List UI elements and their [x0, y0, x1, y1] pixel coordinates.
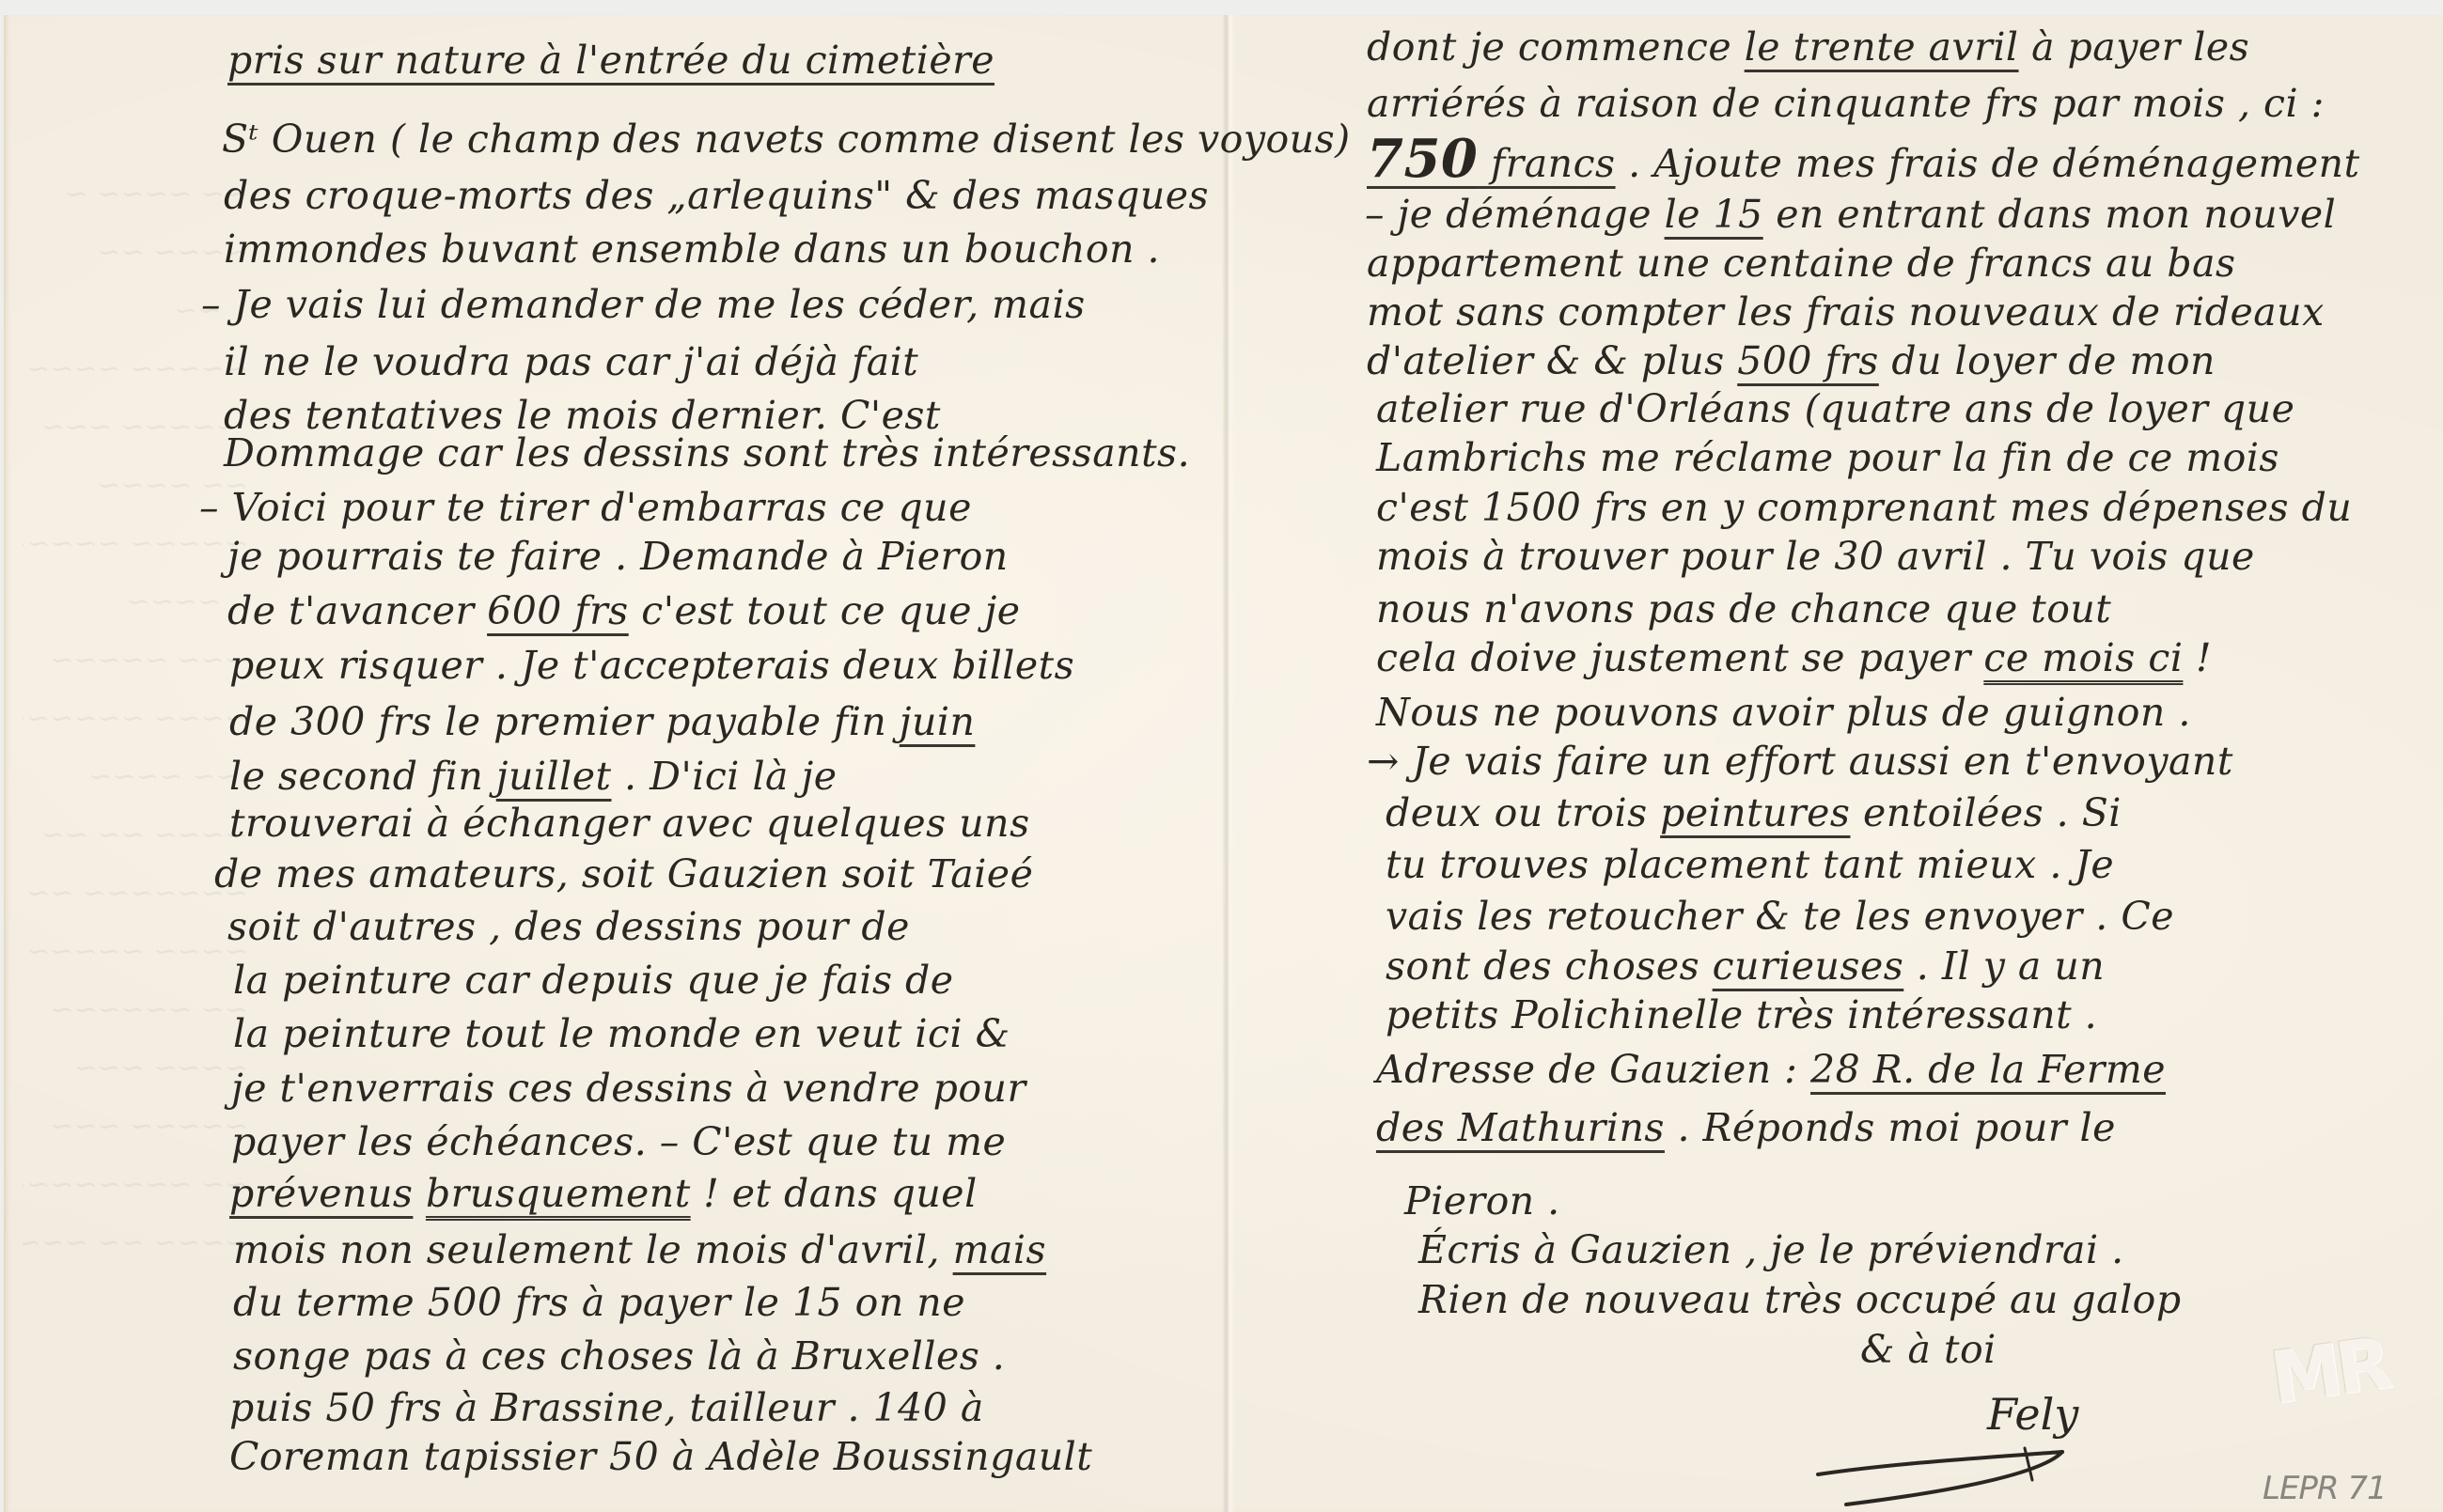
right-line-12: nous n'avons pas de chance que tout — [1376, 586, 2111, 631]
right-line-16: deux ou trois peintures entoilées . Si — [1386, 790, 2122, 835]
left-line-5: – Je vais lui demander de me les céder, … — [201, 282, 1086, 327]
left-line-13-juin: juin — [900, 699, 976, 744]
right-line-19-a: sont des choses — [1386, 943, 1713, 989]
left-line-13-a: de 300 frs le premier payable fin — [229, 699, 900, 744]
left-line-16: de mes amateurs, soit Gauzien soit Taieé — [214, 851, 1033, 896]
left-line-14: le second fin juillet . D'ici là je — [229, 754, 838, 799]
right-line-18: vais les retoucher & te les envoyer . Ce — [1386, 894, 2174, 939]
left-line-23-a: mois non seulement le mois d'avril, — [233, 1227, 953, 1272]
right-line-16-b: entoilées . Si — [1850, 790, 2121, 835]
left-line-10: je pourrais te faire . Demande à Pieron — [227, 534, 1009, 579]
left-line-22: prévenus brusquement ! et dans quel — [229, 1171, 978, 1216]
left-line-6: il ne le voudra pas car j'ai déjà fait — [224, 339, 918, 384]
left-line-8: Dommage car les dessins sont très intére… — [224, 430, 1190, 475]
left-line-23: mois non seulement le mois d'avril, mais — [233, 1227, 1046, 1272]
right-line-11: mois à trouver pour le 30 avril . Tu voi… — [1376, 534, 2255, 579]
left-line-22-prevenus: prévenus — [229, 1171, 413, 1216]
paper-sheet: ~~ ~~~~ ~ ~~~~ ~~ ~~ ~~~~~ ~~~~ ~~~~~ ~~… — [4, 15, 2443, 1512]
right-line-8: atelier rue d'Orléans (quatre ans de loy… — [1376, 386, 2294, 431]
right-line-22-b: . Réponds moi pour le — [1665, 1105, 2116, 1150]
right-line-1-a: dont je commence — [1367, 24, 1745, 70]
left-line-14-juillet: juillet — [496, 754, 612, 799]
right-line-16-a: deux ou trois — [1386, 790, 1660, 835]
left-line-22-b: ! et dans quel — [691, 1171, 978, 1216]
right-line-1-date: le trente avril — [1745, 24, 2019, 70]
signature-flourish-icon — [1809, 1411, 2091, 1512]
left-line-22-brusquement: brusquement — [426, 1171, 691, 1216]
right-line-16-peintures: peintures — [1660, 790, 1850, 835]
right-line-7-a: d'atelier & & plus — [1367, 338, 1737, 383]
left-line-24: du terme 500 frs à payer le 15 on ne — [233, 1280, 965, 1325]
right-line-5: appartement une centaine de francs au ba… — [1367, 241, 2236, 286]
right-line-1: dont je commence le trente avril à payer… — [1367, 24, 2249, 70]
right-line-4-b: en entrant dans mon nouvel — [1763, 192, 2337, 237]
left-line-3: des croque-morts des „arlequins" & des m… — [224, 173, 1209, 218]
left-line-22-sp — [413, 1171, 426, 1216]
left-line-11: de t'avancer 600 frs c'est tout ce que j… — [227, 588, 1021, 633]
center-fold — [1222, 15, 1235, 1512]
left-line-11-b: c'est tout ce que je — [629, 588, 1021, 633]
right-line-2: arriérés à raison de cinquante frs par m… — [1367, 81, 2325, 126]
left-line-18: la peinture car depuis que je fais de — [233, 958, 954, 1003]
left-line-17: soit d'autres , des dessins pour de — [227, 904, 910, 949]
right-line-26: & à toi — [1860, 1327, 1997, 1372]
right-line-7-amount: 500 frs — [1737, 338, 1879, 383]
left-line-4: immondes buvant ensemble dans un bouchon… — [224, 226, 1160, 272]
right-line-4-a: – je déménage — [1365, 192, 1665, 237]
left-line-13: de 300 frs le premier payable fin juin — [229, 699, 975, 744]
right-line-19-curieuses: curieuses — [1713, 943, 1904, 989]
right-line-20: petits Polichinelle très intéressant . — [1386, 992, 2097, 1037]
right-line-13-b: ! — [2183, 635, 2212, 680]
left-line-15: trouverai à échanger avec quelques uns — [229, 801, 1030, 846]
right-line-9: Lambrichs me réclame pour la fin de ce m… — [1376, 435, 2279, 480]
right-line-23: Pieron . — [1404, 1178, 1560, 1224]
left-line-19: la peinture tout le monde en veut ici & — [233, 1011, 1010, 1056]
right-line-3: 750 francs . Ajoute mes frais de déménag… — [1367, 128, 2360, 190]
right-line-14: Nous ne pouvons avoir plus de guignon . — [1376, 690, 2191, 735]
right-line-21-address: 28 R. de la Ferme — [1810, 1047, 2166, 1092]
right-line-25: Rien de nouveau très occupé au galop — [1418, 1277, 2182, 1322]
left-line-1-text: pris sur nature à l'entrée du cimetière — [227, 38, 994, 83]
right-line-3-amount: 750 francs — [1367, 141, 1616, 186]
right-line-6: mot sans compter les frais nouveaux de r… — [1367, 289, 2325, 335]
right-line-19: sont des choses curieuses . Il y a un — [1386, 943, 2105, 989]
left-line-25: songe pas à ces choses là à Bruxelles . — [233, 1333, 1005, 1379]
left-line-1: pris sur nature à l'entrée du cimetière — [227, 38, 994, 83]
left-line-14-b: . D'ici là je — [611, 754, 837, 799]
right-line-22-street: des Mathurins — [1376, 1105, 1665, 1150]
right-line-7-b: du loyer de mon — [1879, 338, 2216, 383]
left-line-11-amount: 600 frs — [487, 588, 629, 633]
left-line-14-a: le second fin — [229, 754, 496, 799]
right-line-10: c'est 1500 frs en y comprenant mes dépen… — [1376, 485, 2352, 530]
left-line-27: Coreman tapissier 50 à Adèle Boussingaul… — [229, 1434, 1092, 1479]
right-line-24: Écris à Gauzien , je le préviendrai . — [1418, 1227, 2124, 1272]
right-line-1-b: à payer les — [2019, 24, 2250, 70]
right-line-13-emph: ce mois ci — [1983, 635, 2183, 680]
right-line-21: Adresse de Gauzien : 28 R. de la Ferme — [1376, 1047, 2166, 1092]
embossed-stamp: MR — [2265, 1321, 2390, 1420]
left-line-21: payer les échéances. – C'est que tu me — [231, 1119, 1006, 1164]
right-line-3-number: 750 — [1367, 128, 1478, 190]
right-line-4: – je déménage le 15 en entrant dans mon … — [1365, 192, 2336, 237]
left-line-11-a: de t'avancer — [227, 588, 487, 633]
right-line-3-b: . Ajoute mes frais de déménagement — [1616, 141, 2360, 186]
left-line-20: je t'enverrais ces dessins à vendre pour — [231, 1066, 1026, 1111]
right-line-19-b: . Il y a un — [1903, 943, 2105, 989]
right-line-21-a: Adresse de Gauzien : — [1376, 1047, 1810, 1092]
right-line-7: d'atelier & & plus 500 frs du loyer de m… — [1367, 338, 2216, 383]
right-line-15: → Je vais faire un effort aussi en t'env… — [1367, 739, 2233, 784]
left-line-23-mais: mais — [953, 1227, 1046, 1272]
right-page: dont je commence le trente avril à payer… — [1235, 15, 2443, 1512]
right-line-13-a: cela doive justement se payer — [1376, 635, 1983, 680]
left-line-12: peux risquer . Je t'accepterais deux bil… — [229, 643, 1074, 688]
left-page: pris sur nature à l'entrée du cimetière … — [4, 15, 1222, 1512]
right-line-13: cela doive justement se payer ce mois ci… — [1376, 635, 2212, 680]
scanned-letter: ~~ ~~~~ ~ ~~~~ ~~ ~~ ~~~~~ ~~~~ ~~~~~ ~~… — [0, 0, 2443, 1512]
right-line-4-date: le 15 — [1665, 192, 1763, 237]
pencil-annotation: LEPR 71 — [2263, 1470, 2387, 1507]
right-line-22: des Mathurins . Réponds moi pour le — [1376, 1105, 2116, 1150]
right-line-17: tu trouves placement tant mieux . Je — [1386, 842, 2114, 887]
left-line-26: puis 50 frs à Brassine, tailleur . 140 à — [229, 1385, 984, 1430]
left-line-9: – Voici pour te tirer d'embarras ce que — [199, 485, 972, 530]
left-line-2: Sᵗ Ouen ( le champ des navets comme dise… — [222, 117, 1351, 162]
